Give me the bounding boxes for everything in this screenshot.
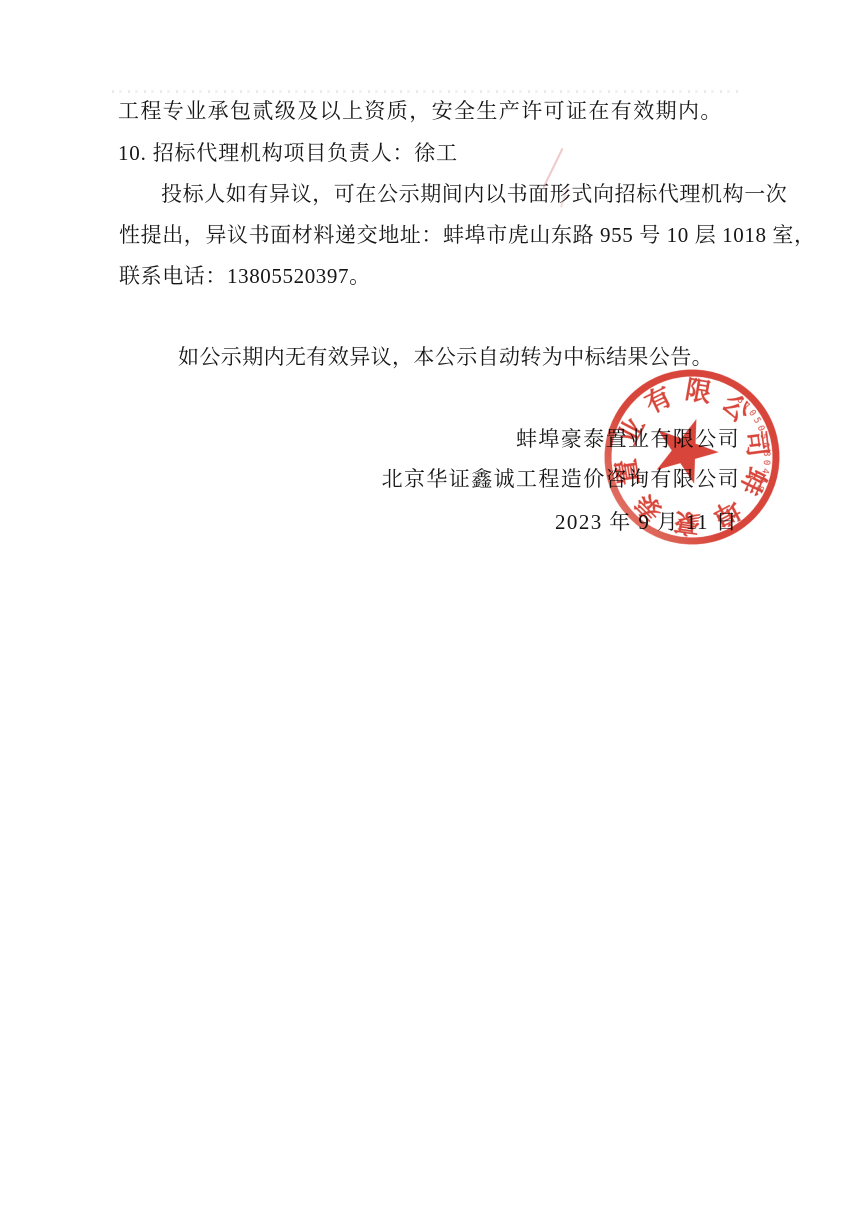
body-line-qualification: 工程专业承包贰级及以上资质，安全生产许可证在有效期内。 xyxy=(118,99,723,123)
scan-noise-band xyxy=(112,90,740,93)
seal-star-icon xyxy=(645,408,727,488)
objection-paragraph-line-3: 联系电话：13805520397。 xyxy=(119,264,371,288)
body-line-item10: 10. 招标代理机构项目负责人：徐工 xyxy=(118,141,458,165)
objection-paragraph-line-2: 性提出，异议书面材料递交地址：蚌埠市虎山东路 955 号 10 层 1018 室… xyxy=(119,223,816,247)
objection-paragraph-line-1: 投标人如有异议，可在公示期间内以书面形式向招标代理机构一次 xyxy=(161,182,787,206)
document-page: 工程专业承包贰级及以上资质，安全生产许可证在有效期内。 10. 招标代理机构项目… xyxy=(0,0,864,1222)
official-seal: 蚌埠豪泰置业有限公司 810505080408 xyxy=(589,354,795,560)
